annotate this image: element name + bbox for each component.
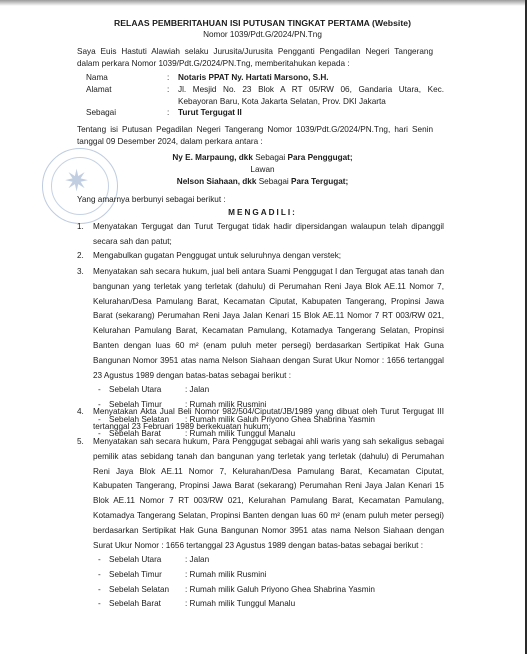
boundary-side: Sebelah Selatan xyxy=(109,585,169,594)
dash: - xyxy=(98,385,101,394)
item-line: 23 Agustus 1989 dengan batas-batas sebag… xyxy=(93,369,444,384)
item-line: Menyatakan sah secara hukum, Para Penggu… xyxy=(93,435,444,450)
item-line: Kabupaten Tangerang, Propinsi Jawa Barat… xyxy=(93,479,444,494)
alamat-line-1: Jl. Mesjid No. 23 Blok A RT 05/RW 06, Ga… xyxy=(178,84,444,96)
dash: - xyxy=(98,570,101,579)
item-line: Blok AE.11 Nomor 7 RT 003/RW 021, Kelura… xyxy=(93,494,444,509)
dash: - xyxy=(98,599,101,608)
defendant-line: Nelson Siahaan, dkk Sebagai Para Terguga… xyxy=(0,176,525,188)
item-line: Barat (sekarang) Perumahan Reni Jaya Jal… xyxy=(93,309,444,324)
plaintiff-line: Ny E. Marpaung, dkk Sebagai Para Penggug… xyxy=(0,152,525,164)
tentang-line-1: Tentang isi Putusan Pegadilan Negeri Tan… xyxy=(77,124,433,136)
verdict-item: Mengabulkan gugatan Penggugat untuk selu… xyxy=(93,249,444,264)
recipient-role-row: Sebagai : Turut Tergugat II xyxy=(0,107,525,119)
defendant-name: Nelson Siahaan, dkk xyxy=(177,177,257,186)
versus: Lawan xyxy=(0,164,525,176)
plaintiff-name: Ny E. Marpaung, dkk xyxy=(172,153,253,162)
item-line: tertanggal 23 Februari 1989 berkekuatan … xyxy=(93,420,444,435)
colon: : xyxy=(167,84,169,96)
item-line: Menyatakan Tergugat dan Turut Tergugat t… xyxy=(93,220,444,235)
item-line: Menyatakan Akta Jual Beli Nomor 982/504/… xyxy=(93,405,444,420)
item-line: Surat Ukur Nomor : 1656 tertanggal 23 Ag… xyxy=(93,539,444,554)
verdict-item: Menyatakan Akta Jual Beli Nomor 982/504/… xyxy=(93,405,444,435)
item-line: Banten dengan luas 60 m² (enam puluh met… xyxy=(93,339,444,354)
item-line: Kotamadya Tangerang Selatan, Propinsi Ba… xyxy=(93,509,444,524)
boundary-side: Sebelah Timur xyxy=(109,570,162,579)
nama-label: Nama xyxy=(86,72,108,84)
plaintiff-role-prefix: Sebagai xyxy=(255,153,285,162)
item-line: bangunan yang terletak yang terletak (da… xyxy=(93,280,444,295)
item-line: berdasarkan Sertipikat Hak Guna Bangunan… xyxy=(93,524,444,539)
tentang-line-2: tanggal 09 Desember 2024, dalam perkara … xyxy=(77,136,433,148)
dash: - xyxy=(98,555,101,564)
document-number: Nomor 1039/Pdt.G/2024/PN.Tng xyxy=(0,30,525,39)
boundary-value: : Rumah milik Rusmini xyxy=(185,570,266,579)
amar-intro: Yang amarnya berbunyi sebagai berikut : xyxy=(77,194,433,206)
dash: - xyxy=(98,585,101,594)
plaintiff-role: Para Penggugat; xyxy=(288,153,353,162)
item-line: Bangunan Nomor 3951 atas nama Nelson Sia… xyxy=(93,354,444,369)
alamat-label: Alamat xyxy=(86,84,111,96)
item-line: Kelurahan Pamulang Barat, Kecamatan Pamu… xyxy=(93,324,444,339)
item-number: 3. xyxy=(77,267,84,276)
item-number: 1. xyxy=(77,222,84,231)
recipient-name-row: Nama : Notaris PPAT Ny. Hartati Marsono,… xyxy=(0,72,525,84)
item-number: 4. xyxy=(77,407,84,416)
verdict-item: Menyatakan Tergugat dan Turut Tergugat t… xyxy=(93,220,444,250)
document-page: ✷ RELAAS PEMBERITAHUAN ISI PUTUSAN TINGK… xyxy=(0,0,525,654)
boundary-value: : Jalan xyxy=(185,385,209,394)
boundary-value: : Jalan xyxy=(185,555,209,564)
item-line: Menyatakan sah secara hukum, jual beli a… xyxy=(93,265,444,280)
sebagai-label: Sebagai xyxy=(86,107,116,119)
item-line: Mengabulkan gugatan Penggugat untuk selu… xyxy=(93,249,444,264)
boundary-side: Sebelah Utara xyxy=(109,555,161,564)
nama-value: Notaris PPAT Ny. Hartati Marsono, S.H. xyxy=(178,72,444,84)
document-title: RELAAS PEMBERITAHUAN ISI PUTUSAN TINGKAT… xyxy=(0,18,525,28)
sebagai-value: Turut Tergugat II xyxy=(178,107,444,119)
item-line: pemilik atas sebidang tanah dan bangunan… xyxy=(93,450,444,465)
verdict-item: Menyatakan sah secara hukum, jual beli a… xyxy=(93,265,444,383)
verdict-item: Menyatakan sah secara hukum, Para Penggu… xyxy=(93,435,444,553)
item-number: 2. xyxy=(77,251,84,260)
recipient-address-row: Alamat : Jl. Mesjid No. 23 Blok A RT 05/… xyxy=(0,84,525,108)
item-line: Reni Jaya Blok AE.11 Nomor 7, Kelurahan/… xyxy=(93,465,444,480)
boundary-side: Sebelah Utara xyxy=(109,385,161,394)
colon: : xyxy=(167,72,169,84)
defendant-role: Para Tergugat; xyxy=(291,177,348,186)
verdict-heading: MENGADILI: xyxy=(0,207,525,219)
boundary-value: : Rumah milik Galuh Priyono Ghea Shabrin… xyxy=(185,585,375,594)
item-line: Kelurahan/Desa Pamulang Barat, Kecamatan… xyxy=(93,295,444,310)
intro-line-2: dalam perkara Nomor 1039/Pdt.G/2024/PN.T… xyxy=(77,58,433,70)
intro-line-1: Saya Euis Hastuti Alawiah selaku Jurusit… xyxy=(77,46,433,58)
defendant-role-prefix: Sebagai xyxy=(259,177,289,186)
colon: : xyxy=(167,107,169,119)
boundary-side: Sebelah Barat xyxy=(109,599,161,608)
item-number: 5. xyxy=(77,437,84,446)
boundary-value: : Rumah milik Tunggul Manalu xyxy=(185,599,295,608)
item-line: secara sah dan patut; xyxy=(93,235,444,250)
